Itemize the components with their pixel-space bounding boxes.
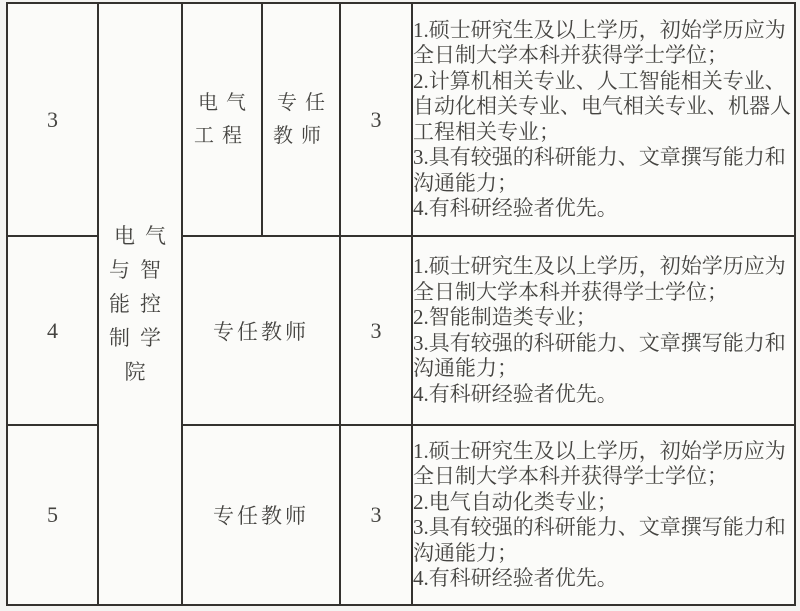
recruitment-table: 3 电气与智能控制学院 电气工程 专任教师 3 1.硕士研究生及以上学历，初始学…	[6, 2, 796, 606]
major-cell: 电气工程	[182, 3, 262, 236]
position-cell: 专任教师	[262, 3, 340, 236]
requirements-cell: 1.硕士研究生及以上学历，初始学历应为全日制大学本科并获得学士学位； 2.电气自…	[412, 425, 795, 605]
department-cell: 电气与智能控制学院	[98, 3, 182, 605]
requirement-item: 3.具有较强的科研能力、文章撰写能力和沟通能力；	[413, 515, 794, 566]
requirement-item: 4.有科研经验者优先。	[413, 382, 794, 408]
position-name: 专任教师	[213, 504, 309, 528]
headcount-cell: 3	[340, 3, 412, 236]
headcount-cell: 3	[340, 236, 412, 425]
headcount-cell: 3	[340, 425, 412, 605]
row-number: 4	[47, 318, 58, 343]
row-number: 5	[47, 502, 58, 527]
row-number-cell: 4	[7, 236, 98, 425]
requirement-item: 2.计算机相关专业、人工智能相关专业、自动化相关专业、电气相关专业、机器人工程相…	[413, 69, 794, 146]
position-cell: 专任教师	[182, 425, 340, 605]
row-number-cell: 5	[7, 425, 98, 605]
major-name: 电气工程	[189, 87, 255, 153]
position-cell: 专任教师	[182, 236, 340, 425]
requirement-item: 2.电气自动化类专业；	[413, 490, 794, 516]
document-page: 3 电气与智能控制学院 电气工程 专任教师 3 1.硕士研究生及以上学历，初始学…	[0, 0, 800, 611]
headcount: 3	[371, 318, 382, 343]
requirement-item: 3.具有较强的科研能力、文章撰写能力和沟通能力；	[413, 145, 794, 196]
requirement-item: 4.有科研经验者优先。	[413, 566, 794, 592]
row-number-cell: 3	[7, 3, 98, 236]
headcount: 3	[371, 107, 382, 132]
table-row: 3 电气与智能控制学院 电气工程 专任教师 3 1.硕士研究生及以上学历，初始学…	[7, 3, 795, 236]
position-name: 专任教师	[268, 87, 334, 153]
requirement-item: 4.有科研经验者优先。	[413, 196, 794, 222]
requirement-item: 1.硕士研究生及以上学历，初始学历应为全日制大学本科并获得学士学位；	[413, 18, 794, 69]
headcount: 3	[371, 502, 382, 527]
row-number: 3	[47, 107, 58, 132]
requirement-item: 3.具有较强的科研能力、文章撰写能力和沟通能力；	[413, 331, 794, 382]
position-name: 专任教师	[213, 320, 309, 344]
department-name: 电气与智能控制学院	[101, 219, 179, 389]
requirement-item: 2.智能制造类专业；	[413, 305, 794, 331]
requirements-cell: 1.硕士研究生及以上学历，初始学历应为全日制大学本科并获得学士学位； 2.计算机…	[412, 3, 795, 236]
requirements-cell: 1.硕士研究生及以上学历，初始学历应为全日制大学本科并获得学士学位； 2.智能制…	[412, 236, 795, 425]
requirement-item: 1.硕士研究生及以上学历，初始学历应为全日制大学本科并获得学士学位；	[413, 439, 794, 490]
requirement-item: 1.硕士研究生及以上学历，初始学历应为全日制大学本科并获得学士学位；	[413, 254, 794, 305]
